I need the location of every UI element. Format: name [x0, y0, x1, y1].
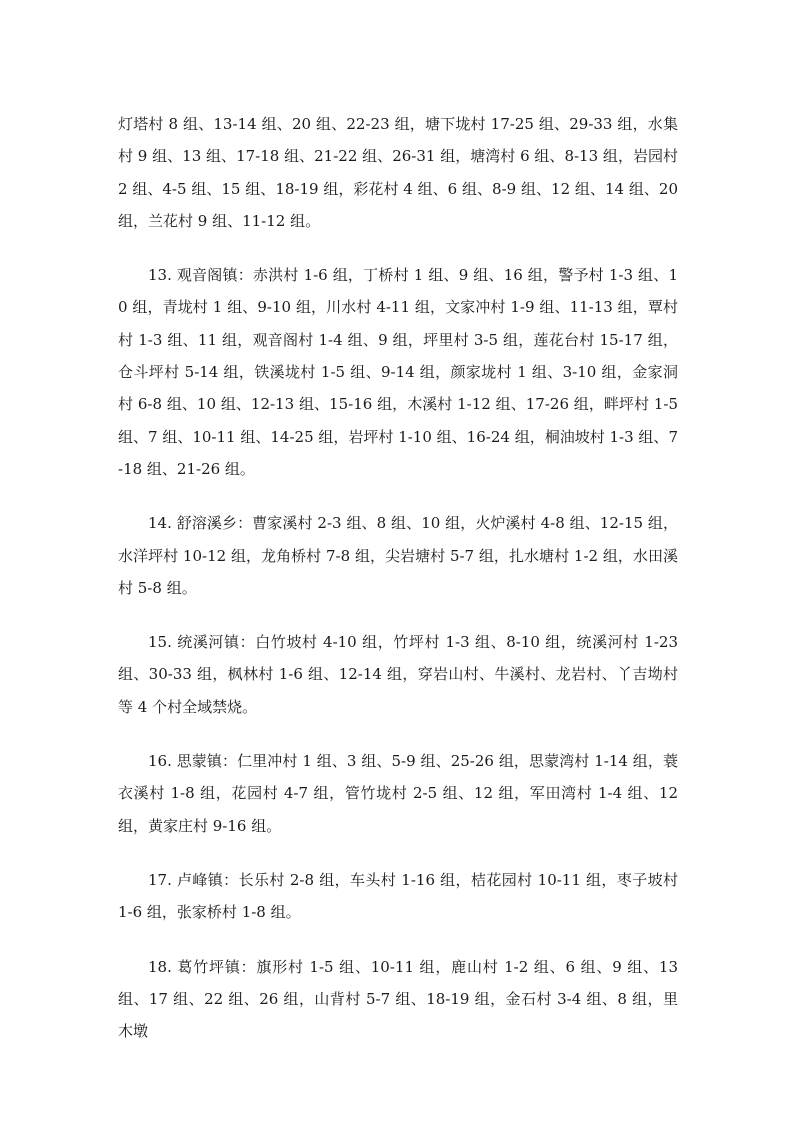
paragraph-town-18-gezhuping: 18. 葛竹坪镇：旗形村 1-5 组、10-11 组，鹿山村 1-2 组、6 组…	[118, 951, 678, 1048]
document-page: 灯塔村 8 组、13-14 组、20 组、22-23 组，塘下垅村 17-25 …	[118, 108, 678, 1069]
paragraph-town-12-continued: 灯塔村 8 组、13-14 组、20 组、22-23 组，塘下垅村 17-25 …	[118, 108, 678, 237]
paragraph-town-17-lufeng: 17. 卢峰镇：长乐村 2-8 组，车头村 1-16 组，桔花园村 10-11 …	[118, 864, 678, 929]
paragraph-town-14-shurongxi: 14. 舒溶溪乡：曹家溪村 2-3 组、8 组、10 组，火炉溪村 4-8 组、…	[118, 507, 678, 604]
paragraph-town-15-tongxihe: 15. 统溪河镇：白竹坡村 4-10 组，竹坪村 1-3 组、8-10 组，统溪…	[118, 626, 678, 723]
paragraph-town-13-guanyinge: 13. 观音阁镇：赤洪村 1-6 组，丁桥村 1 组、9 组、16 组，警予村 …	[118, 259, 678, 485]
paragraph-town-16-simeng: 16. 思蒙镇：仁里冲村 1 组、3 组、5-9 组、25-26 组，思蒙湾村 …	[118, 745, 678, 842]
